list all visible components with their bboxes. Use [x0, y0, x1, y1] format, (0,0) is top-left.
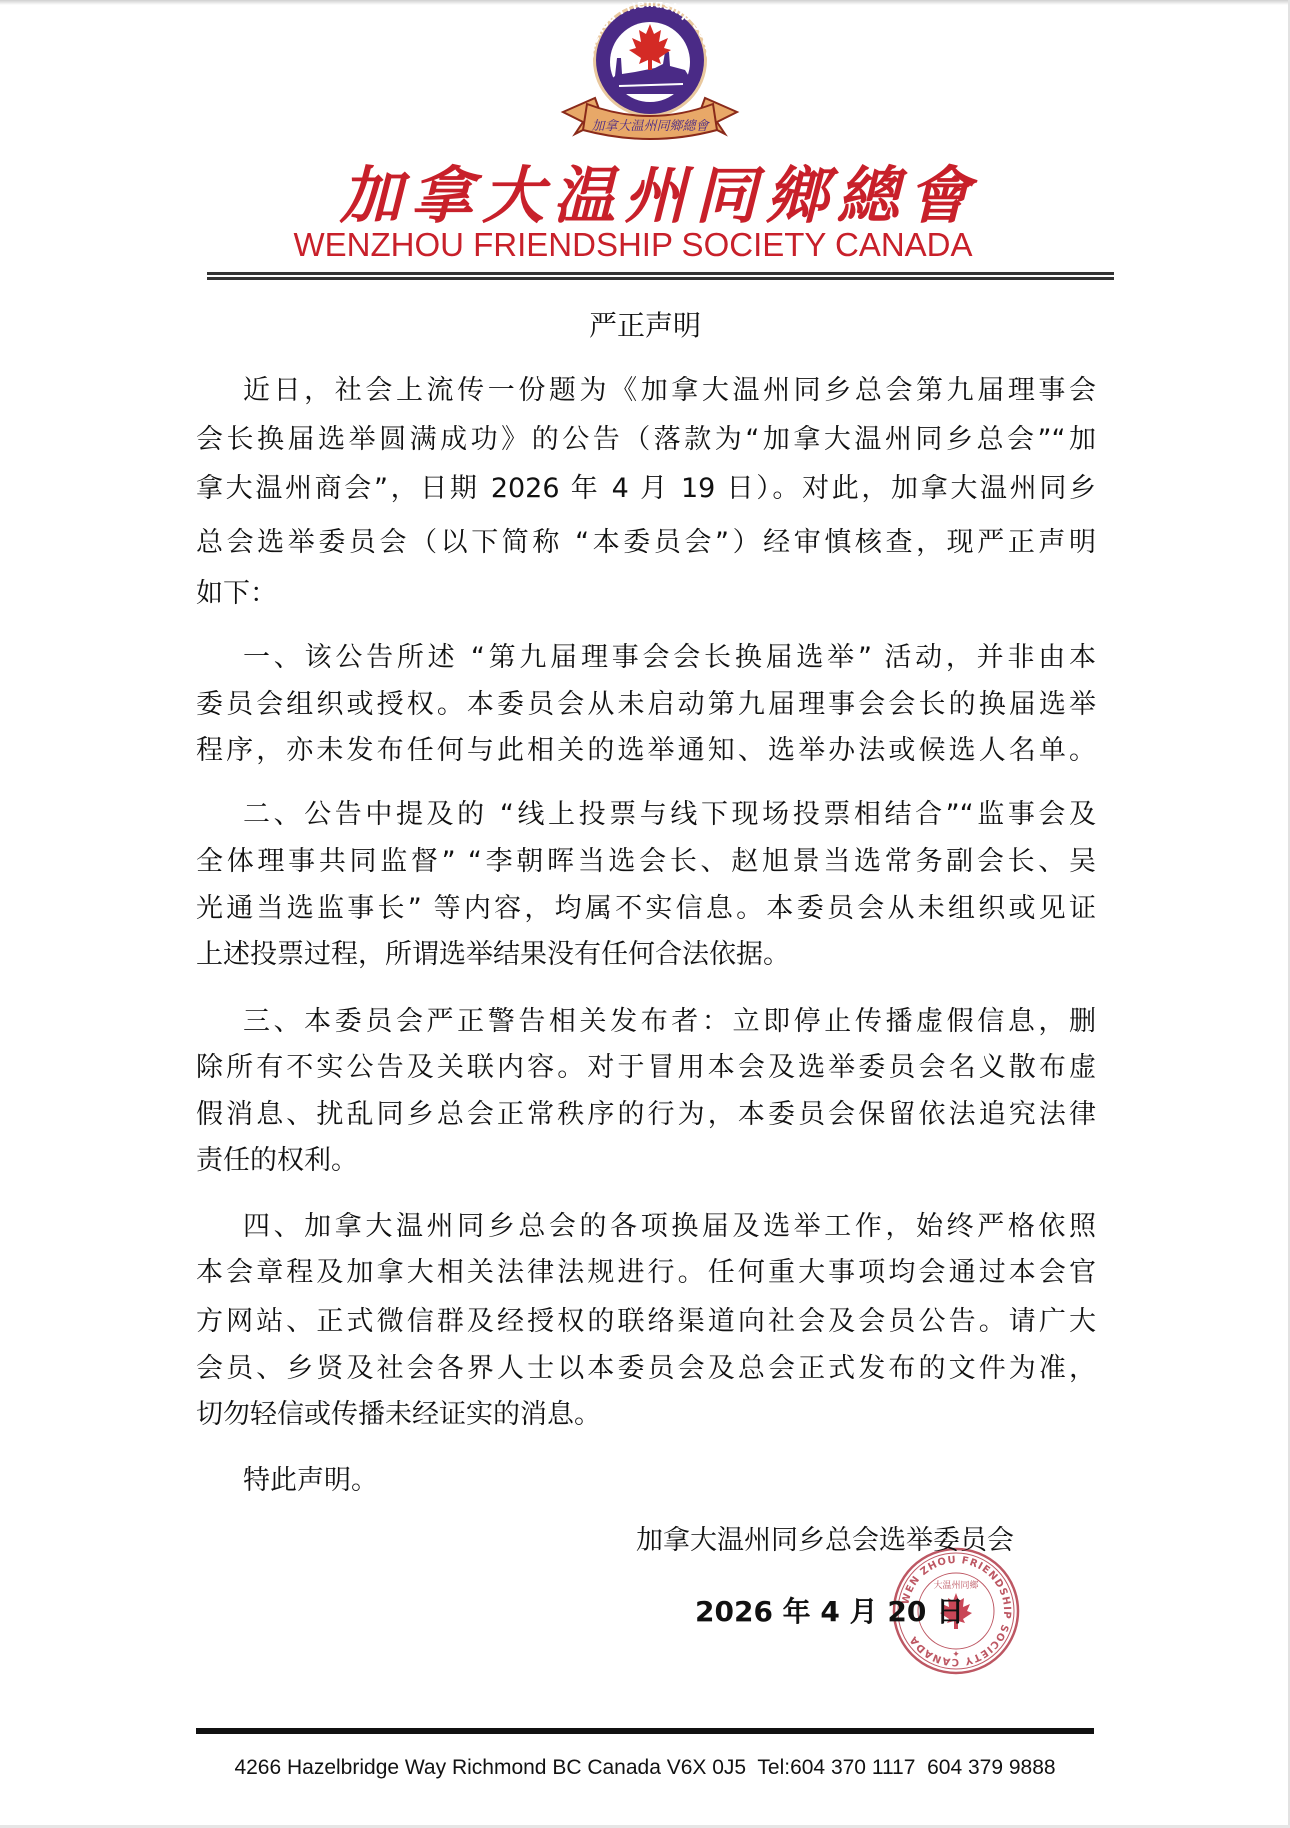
signature-date: 2026 年 4 月 20 日 — [695, 1592, 964, 1632]
society-logo: Wenzhou Friendship Society 加拿大温州同鄉總會 — [555, 2, 745, 147]
text-line: 责任的权利。 — [196, 1141, 1096, 1181]
text-line: 四、加拿大温州同乡总会的各项换届及选举工作，始终严格依照 — [243, 1207, 1096, 1247]
org-name-char: 鄉 — [766, 146, 828, 235]
org-name-char: 拿 — [411, 146, 473, 235]
footer-rule — [196, 1728, 1094, 1734]
text-line: 如下： — [196, 574, 1096, 614]
org-name-char: 加 — [340, 146, 402, 235]
org-name-char: 大 — [482, 146, 544, 235]
signature-committee: 加拿大温州同乡总会选举委员会 — [636, 1521, 1014, 1561]
svg-text:✦: ✦ — [952, 1650, 960, 1660]
org-name-char: 州 — [624, 146, 686, 235]
org-name-char: 同 — [695, 146, 757, 235]
text-line: 程序，亦未发布任何与此相关的选举通知、选举办法或候选人名单。 — [196, 731, 1096, 771]
org-name-char: 總 — [837, 146, 899, 235]
text-line: 光通当选监事长” 等内容，均属不实信息。本委员会从未组织或见证 — [196, 889, 1096, 929]
text-line: 切勿轻信或传播未经证实的消息。 — [196, 1395, 1096, 1435]
text-line: 上述投票过程，所谓选举结果没有任何合法依据。 — [196, 935, 1096, 975]
text-line: 二、公告中提及的 “线上投票与线下现场投票相结合”“监事会及 — [243, 795, 1096, 835]
text-line: 假消息、扰乱同乡总会正常秩序的行为，本委员会保留依法追究法律 — [196, 1095, 1096, 1135]
text-line: 全体理事共同监督” “李朝晖当选会长、赵旭景当选常务副会长、吴 — [196, 842, 1096, 882]
text-line: 会长换届选举圆满成功》的公告（落款为“加拿大温州同乡总会”“加 — [196, 420, 1096, 460]
footer-address: 4266 Hazelbridge Way Richmond BC Canada … — [196, 1754, 1094, 1782]
text-line: 本会章程及加拿大相关法律法规进行。任何重大事项均会通过本会官 — [196, 1253, 1096, 1293]
text-line: 方网站、正式微信群及经授权的联络渠道向社会及会员公告。请广大 — [196, 1302, 1096, 1342]
text-line: 特此声明。 — [243, 1461, 1096, 1501]
org-name-chinese: 加 拿 大 温 州 同 鄉 總 會 — [340, 150, 970, 230]
text-line: 除所有不实公告及关联内容。对于冒用本会及选举委员会名义散布虚 — [196, 1048, 1096, 1088]
seal-inner-text: 大温州同鄉 — [933, 1579, 978, 1591]
document-title: 严正声明 — [0, 306, 1290, 346]
text-line: 三、本委员会严正警告相关发布者：立即停止传播虚假信息，删 — [243, 1002, 1096, 1042]
text-line: 近日，社会上流传一份题为《加拿大温州同乡总会第九届理事会 — [243, 371, 1096, 411]
logo-ribbon-text: 加拿大温州同鄉總會 — [591, 119, 710, 134]
org-name-char: 會 — [908, 146, 970, 235]
text-line: 总会选举委员会（以下简称 “本委员会”）经审慎核查，现严正声明 — [196, 523, 1096, 563]
text-line: 一、该公告所述 “第九届理事会会长换届选举” 活动，并非由本 — [243, 638, 1096, 678]
text-line: 会员、乡贤及社会各界人士以本委员会及总会正式发布的文件为准， — [196, 1349, 1096, 1389]
org-name-english: WENZHOU FRIENDSHIP SOCIETY CANADA — [292, 226, 974, 264]
org-name-char: 温 — [553, 146, 615, 235]
text-line: 委员会组织或授权。本委员会从未启动第九届理事会会长的换届选举 — [196, 685, 1096, 725]
text-line: 拿大温州商会”，日期 2026 年 4 月 19 日）。对此，加拿大温州同乡 — [196, 469, 1096, 509]
header-double-rule — [207, 272, 1114, 281]
